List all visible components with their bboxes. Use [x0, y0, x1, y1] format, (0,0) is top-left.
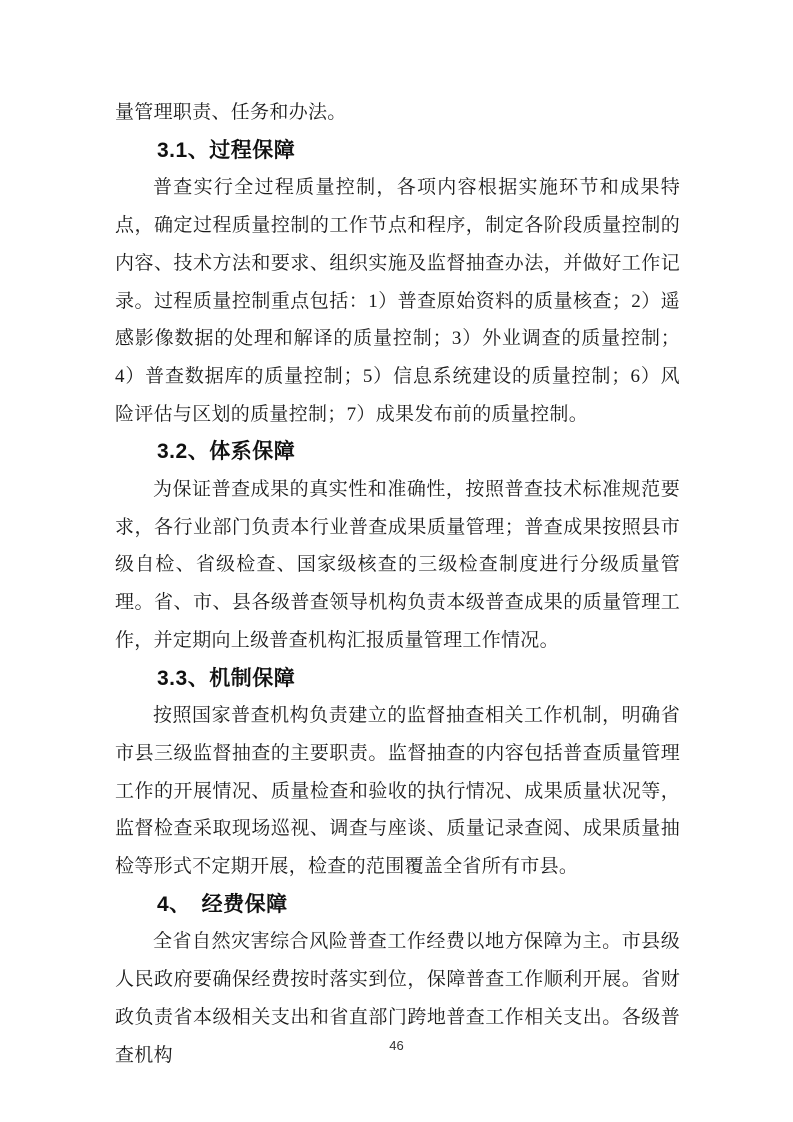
section-paragraph-3-3: 按照国家普查机构负责建立的监督抽查相关工作机制，明确省市县三级监督抽查的主要职责… [115, 697, 680, 886]
page-content: 量管理职责、任务和办法。 3.1、过程保障 普查实行全过程质量控制，各项内容根据… [115, 94, 680, 1074]
section-heading-3-1-process-assurance: 3.1、过程保障 [115, 132, 680, 170]
section-heading-3-2-system-assurance: 3.2、体系保障 [115, 433, 680, 471]
document-page: 量管理职责、任务和办法。 3.1、过程保障 普查实行全过程质量控制，各项内容根据… [0, 0, 793, 1122]
section-heading-3-3-mechanism-assurance: 3.3、机制保障 [115, 660, 680, 698]
section-heading-4-funding-assurance: 4、 经费保障 [115, 886, 680, 924]
section-paragraph-3-2: 为保证普查成果的真实性和准确性，按照普查技术标准规范要求，各行业部门负责本行业普… [115, 471, 680, 660]
section-paragraph-3-1: 普查实行全过程质量控制，各项内容根据实施环节和成果特点，确定过程质量控制的工作节… [115, 169, 680, 433]
page-number: 46 [0, 1038, 793, 1053]
continuation-paragraph: 量管理职责、任务和办法。 [115, 94, 680, 132]
